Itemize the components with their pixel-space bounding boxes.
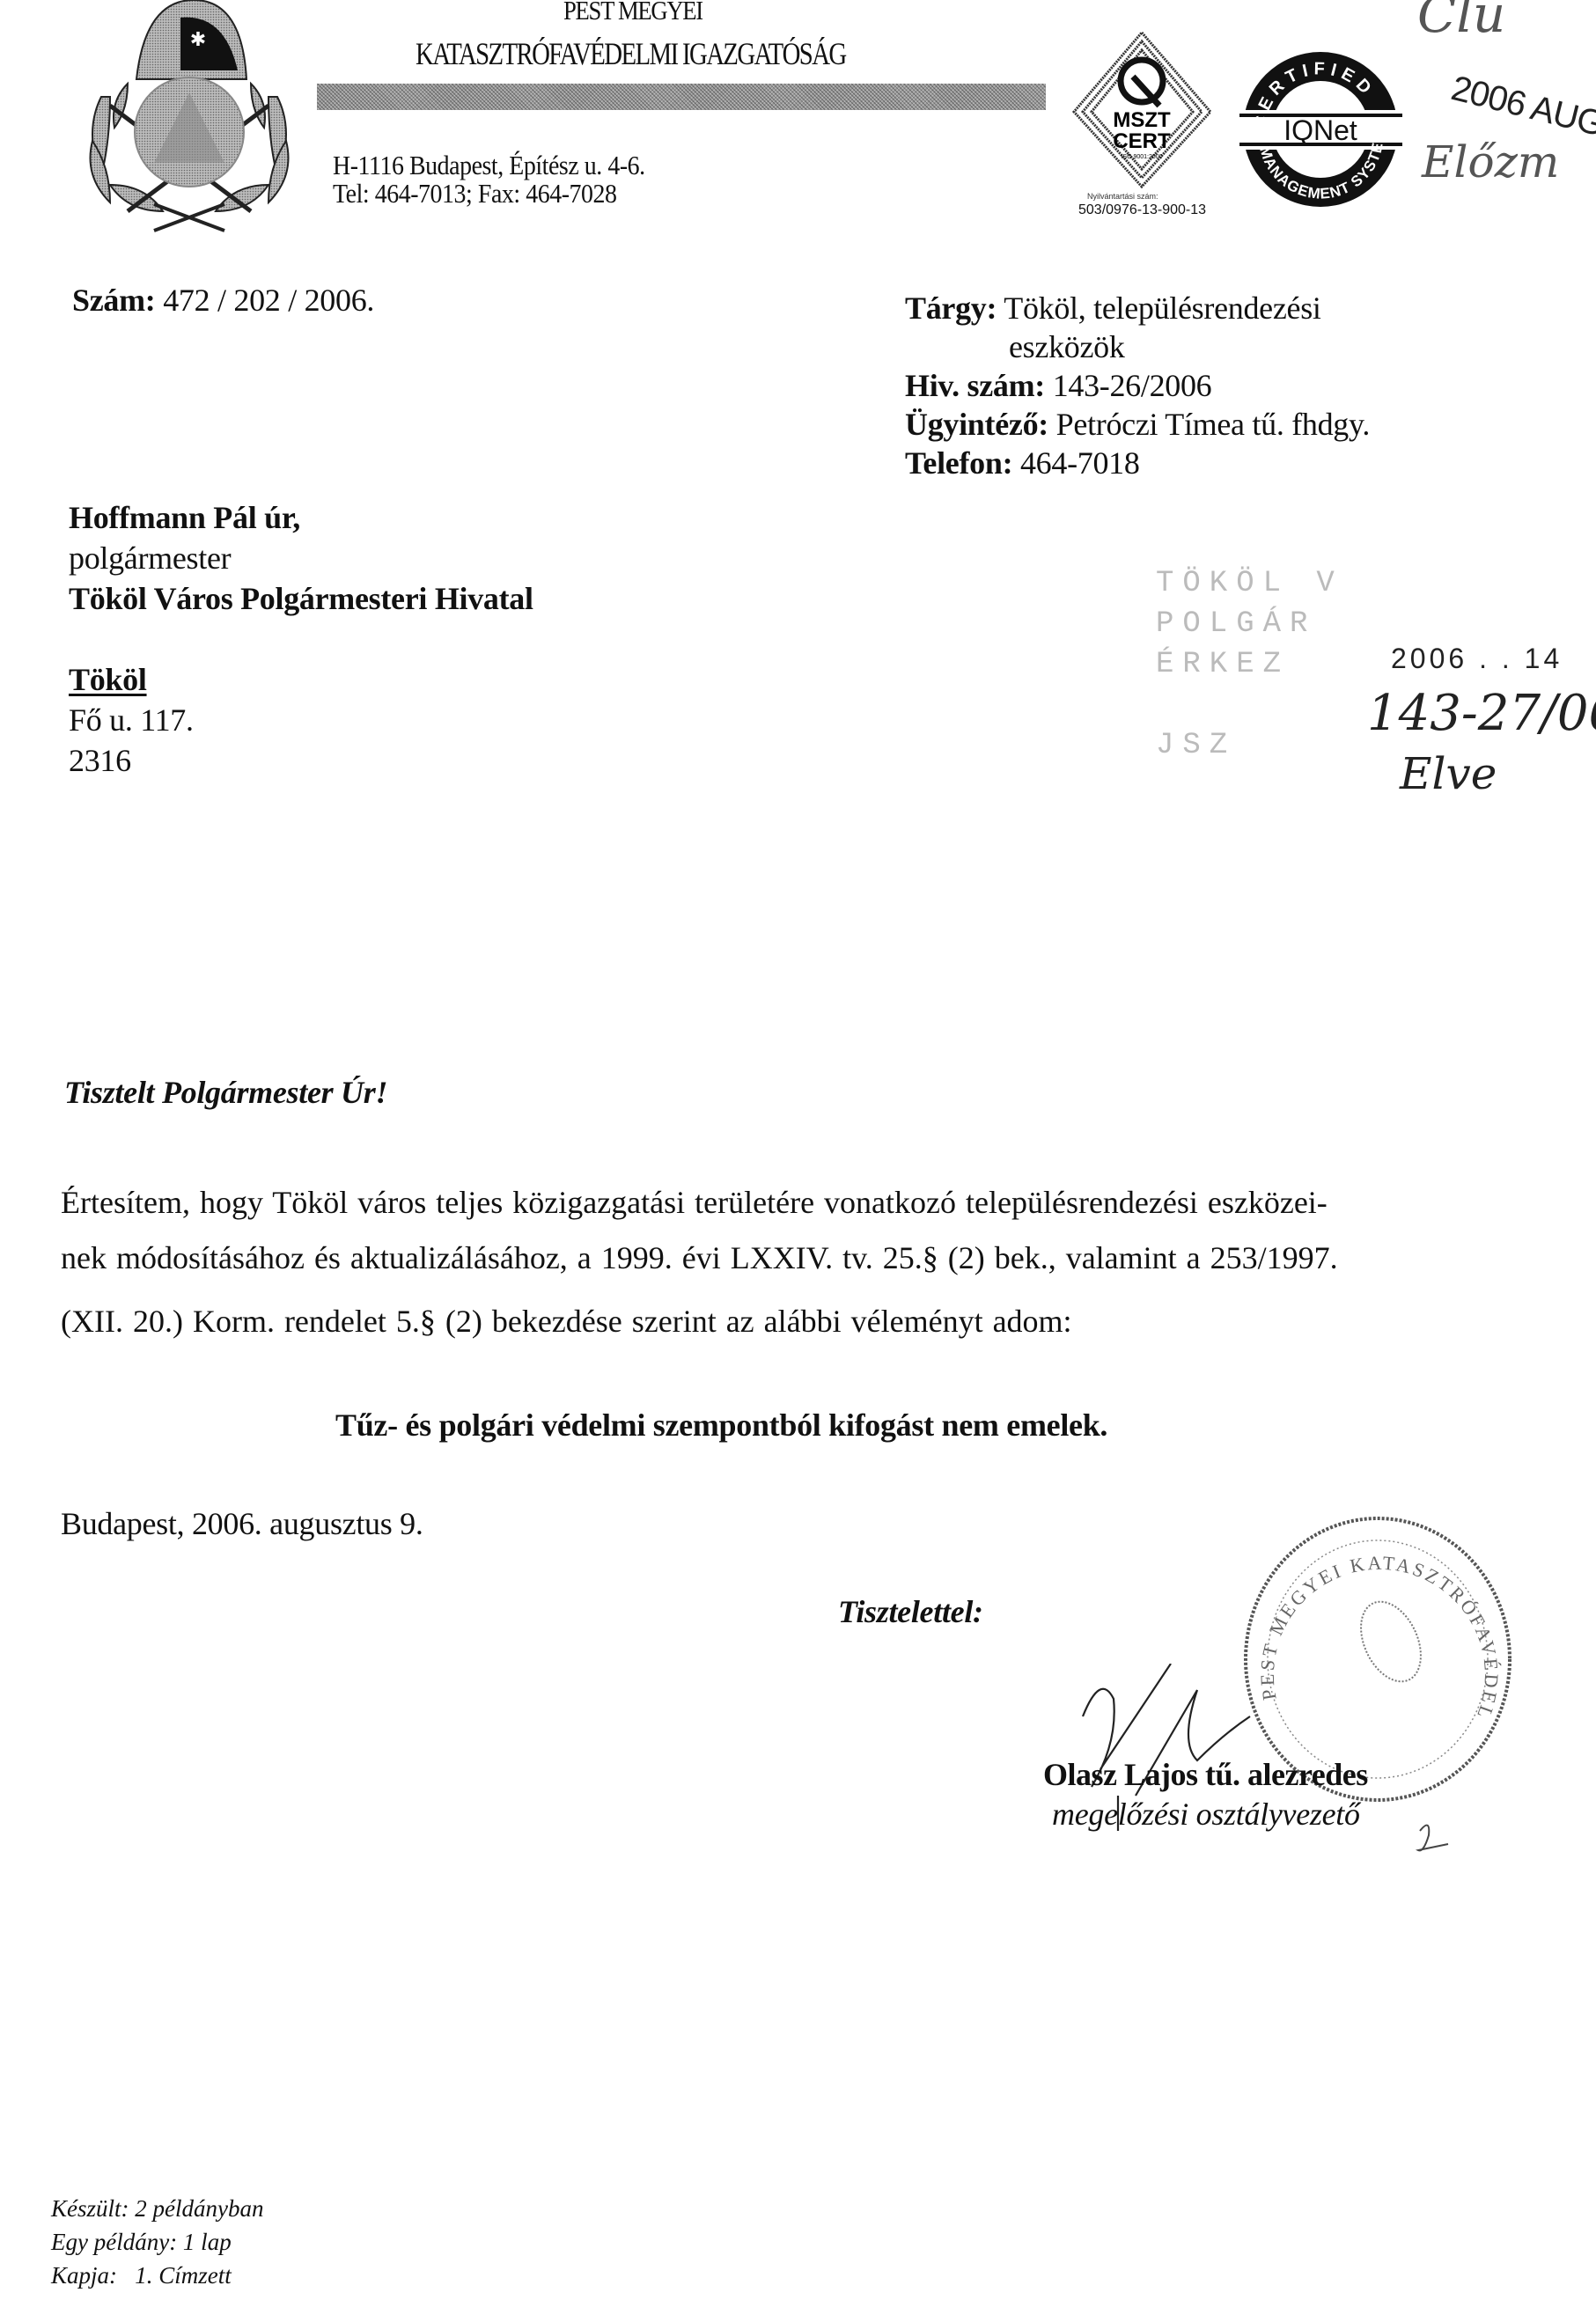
mszt-reg-label: Nyilvántartási szám: — [1087, 192, 1158, 201]
registry-stamp: TÖKÖL V POLGÁR ÉRKEZ JSZ — [1156, 563, 1343, 766]
org-address: H-1116 Budapest, Építész u. 4-6. — [333, 150, 645, 181]
svg-text:ISO 9001:2000: ISO 9001:2000 — [1121, 154, 1162, 160]
recipient-title: polgármester — [69, 538, 533, 578]
place-date: Budapest, 2006. augusztus 9. — [61, 1505, 423, 1542]
targy-label: Tárgy: — [905, 290, 997, 326]
handwritten-prior-note: Előzm — [1422, 136, 1559, 187]
reference-number: Szám: 472 / 202 / 2006. — [72, 282, 374, 319]
recipient-zip: 2316 — [69, 740, 533, 781]
registry-stamp-date: 2006 . . 14 — [1391, 643, 1563, 675]
recipient-block: Hoffmann Pál úr, polgármester Tököl Váro… — [69, 497, 533, 781]
recipient-street: Fő u. 117. — [69, 700, 533, 740]
telefon-label: Telefon: — [905, 445, 1012, 481]
footer-copies: Készült: 2 példányban — [51, 2195, 263, 2223]
szam-value: 472 / 202 / 2006. — [163, 283, 374, 318]
header-bar — [317, 84, 1046, 110]
fire-service-crest-icon: ✱ — [75, 0, 304, 242]
body-line-3: (XII. 20.) Korm. rendelet 5.§ (2) bekezd… — [61, 1303, 1072, 1340]
closing: Tisztelettel: — [838, 1593, 983, 1630]
statement: Tűz- és polgári védelmi szempontból kifo… — [335, 1407, 1107, 1444]
ugyintezo-value: Petróczi Tímea tű. fhdgy. — [1056, 407, 1370, 442]
handwritten-reference: 143-27/06 — [1367, 685, 1596, 742]
ugyintezo-label: Ügyintéző: — [905, 407, 1048, 442]
handwritten-note-top: Clu — [1417, 0, 1505, 44]
telefon-value: 464-7018 — [1020, 445, 1140, 481]
handwritten-mark-icon — [1413, 1813, 1457, 1857]
hiv-szam-label: Hiv. szám: — [905, 368, 1045, 403]
svg-text:IQNet: IQNet — [1283, 114, 1357, 146]
recipient-name: Hoffmann Pál úr, — [69, 497, 533, 538]
iqnet-certified-logo-icon: CERTIFIED MANAGEMENT SYSTEM IQNet — [1239, 48, 1402, 211]
recipient-office: Tököl Város Polgármesteri Hivatal — [69, 578, 533, 619]
body-line-2: nek módosításához és aktualizálásához, a… — [61, 1239, 1338, 1276]
targy-value-cont: eszközök — [905, 327, 1370, 366]
signer-name: Olasz Lajos tű. alezredes — [1043, 1756, 1368, 1793]
mszt-cert-logo-icon: MSZT CERT ISO 9001:2000 — [1070, 28, 1215, 191]
svg-text:CERT: CERT — [1113, 129, 1171, 153]
subject-block: Tárgy: Tököl, településrendezési eszközö… — [905, 289, 1370, 482]
org-contact: Tel: 464-7013; Fax: 464-7028 — [333, 178, 617, 209]
handwritten-initials: Elve — [1400, 748, 1497, 799]
footer-pages: Egy példány: 1 lap — [51, 2229, 232, 2256]
signer-title: megelőzési osztályvezető — [1052, 1796, 1360, 1833]
mszt-reg-number: 503/0976-13-900-13 — [1078, 202, 1206, 218]
recipient-city: Tököl — [69, 659, 533, 700]
footer-recipient: Kapja: 1. Címzett — [51, 2262, 232, 2289]
salutation: Tisztelt Polgármester Úr! — [64, 1074, 387, 1111]
org-name-line2: KATASZTRÓFAVÉDELMI IGAZGATÓSÁG — [416, 35, 846, 72]
hiv-szam-value: 143-26/2006 — [1053, 368, 1212, 403]
szam-label: Szám: — [72, 283, 155, 318]
org-name-line1: PEST MEGYEI — [563, 0, 702, 26]
svg-text:MSZT: MSZT — [1113, 108, 1171, 132]
svg-text:✱: ✱ — [190, 28, 206, 50]
body-line-1: Értesítem, hogy Tököl város teljes közig… — [61, 1184, 1328, 1221]
targy-value: Tököl, településrendezési — [1004, 290, 1320, 326]
